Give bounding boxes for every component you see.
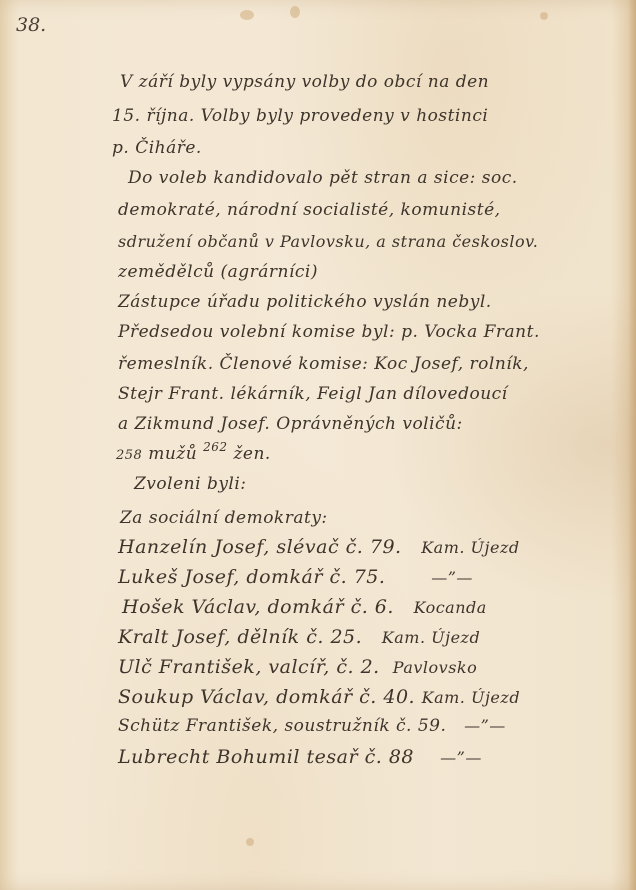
member-row: Schütz František, soustružník č. 59. —”— bbox=[118, 716, 506, 736]
member-house-no: č. 2. bbox=[336, 656, 379, 678]
member-house-no: č. 25. bbox=[306, 626, 362, 648]
text-line: p. Čiháře. bbox=[112, 138, 202, 158]
member-house-no: č. 6. bbox=[351, 596, 394, 618]
text-line: řemeslník. Členové komise: Koc Josef, ro… bbox=[118, 354, 529, 374]
member-house-no: č. 75. bbox=[330, 566, 386, 588]
member-occupation: soustružník bbox=[284, 716, 390, 736]
member-occupation: slévač bbox=[276, 536, 339, 558]
text-line: demokraté, národní socialisté, komunisté… bbox=[118, 200, 501, 220]
member-place: Pavlovsko bbox=[393, 658, 477, 677]
men-label: mužů bbox=[148, 444, 197, 464]
member-name: Lubrecht Bohumil bbox=[118, 746, 300, 768]
member-occupation: valcíř, bbox=[268, 656, 329, 678]
text-line: sdružení občanů v Pavlovsku, a strana če… bbox=[118, 232, 538, 251]
member-row: Ulč František, valcíř, č. 2. Pavlovsko bbox=[118, 656, 477, 678]
member-name: Schütz František, bbox=[118, 716, 279, 736]
member-row: Kralt Josef, dělník č. 25. Kam. Újezd bbox=[118, 626, 480, 648]
member-row: Lubrecht Bohumil tesař č. 88 —”— bbox=[118, 746, 482, 768]
member-occupation: domkář bbox=[246, 566, 323, 588]
member-occupation: domkář bbox=[267, 596, 344, 618]
member-house-no: č. 40. bbox=[359, 686, 415, 708]
member-name: Kralt Josef, bbox=[118, 626, 231, 648]
member-name: Hanzelín Josef, bbox=[118, 536, 270, 558]
member-name: Hošek Václav, bbox=[122, 596, 261, 618]
women-count: 262 bbox=[203, 440, 227, 454]
member-row: Lukeš Josef, domkář č. 75. —”— bbox=[118, 566, 473, 588]
text-line: 15. října. Volby byly provedeny v hostin… bbox=[112, 106, 488, 126]
member-place: Kam. Újezd bbox=[382, 628, 480, 647]
men-count: 258 bbox=[116, 448, 142, 463]
member-place: Kam. Újezd bbox=[422, 688, 520, 707]
member-row: Hanzelín Josef, slévač č. 79. Kam. Újezd bbox=[118, 536, 520, 558]
text-line: Předsedou volební komise byl: p. Vocka F… bbox=[118, 322, 540, 342]
paper-stain bbox=[246, 838, 254, 846]
member-name: Ulč František, bbox=[118, 656, 262, 678]
member-row: Soukup Václav, domkář č. 40. Kam. Újezd bbox=[118, 686, 520, 708]
text-line: Stejr Frant. lékárník, Feigl Jan díloved… bbox=[118, 384, 508, 404]
text-line: Zástupce úřadu politického vyslán nebyl. bbox=[118, 292, 492, 312]
member-occupation: tesař bbox=[307, 746, 359, 768]
member-occupation: dělník bbox=[237, 626, 299, 648]
paper-stain bbox=[240, 10, 254, 20]
page-edge-shadow bbox=[628, 0, 636, 890]
text-line: zemědělců (agrárníci) bbox=[118, 262, 318, 282]
member-house-no: č. 79. bbox=[346, 536, 402, 558]
member-place: —”— bbox=[440, 748, 482, 767]
page-number: 38. bbox=[16, 14, 46, 36]
women-label: žen. bbox=[233, 444, 270, 464]
text-line: a Zikmund Josef. Oprávněných voličů: bbox=[118, 414, 463, 434]
member-place: —”— bbox=[464, 716, 506, 735]
member-place: Kam. Újezd bbox=[421, 538, 519, 557]
party-heading: Za sociální demokraty: bbox=[120, 508, 328, 528]
handwritten-chronicle-page: 38. V září byly vypsány volby do obcí na… bbox=[0, 0, 636, 890]
elected-heading: Zvoleni byli: bbox=[134, 474, 247, 494]
member-name: Soukup Václav, bbox=[118, 686, 270, 708]
member-row: Hošek Václav, domkář č. 6. Kocanda bbox=[122, 596, 487, 618]
member-place: —”— bbox=[431, 568, 473, 587]
member-place: Kocanda bbox=[414, 598, 487, 617]
member-name: Lukeš Josef, bbox=[118, 566, 240, 588]
text-line: Do voleb kandidovalo pět stran a sice: s… bbox=[128, 168, 518, 188]
paper-stain bbox=[540, 12, 548, 20]
paper-stain bbox=[290, 6, 300, 18]
member-house-no: č. 59. bbox=[396, 716, 446, 736]
member-house-no: č. 88 bbox=[365, 746, 414, 768]
voter-counts: 258 mužů 262 žen. bbox=[116, 440, 271, 464]
text-line: V září byly vypsány volby do obcí na den bbox=[120, 72, 489, 92]
member-occupation: domkář bbox=[276, 686, 353, 708]
